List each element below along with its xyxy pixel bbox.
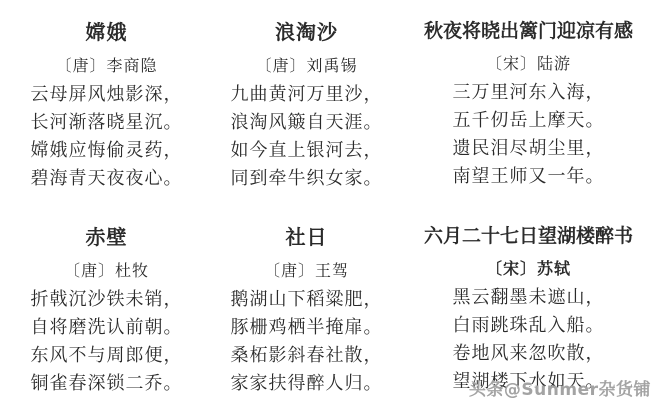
poem-title: 社日 xyxy=(213,221,400,250)
poem-line: 嫦娥应悔偷灵药， xyxy=(0,137,213,165)
poem-author: 〔唐〕李商隐 xyxy=(0,53,213,76)
poem-line: 如今直上银河去， xyxy=(213,137,400,165)
poem-title: 秋夜将晓出篱门迎凉有感 xyxy=(400,16,657,43)
poem-line: 豚栅鸡栖半掩扉。 xyxy=(213,314,400,342)
poem-line: 东风不与周郎便， xyxy=(0,342,213,370)
poem-line: 九曲黄河万里沙， xyxy=(213,81,400,109)
poem-author: 〔唐〕王驾 xyxy=(213,258,400,281)
poem-line: 黑云翻墨未遮山， xyxy=(400,284,657,312)
poem-line: 桑柘影斜春社散， xyxy=(213,342,400,370)
poem-row-2: 赤壁 〔唐〕杜牧 折戟沉沙铁未销， 自将磨洗认前朝。 东风不与周郎便， 铜雀春深… xyxy=(0,205,657,398)
poem-line: 鹅湖山下稻粱肥， xyxy=(213,286,400,314)
poem-author: 〔唐〕刘禹锡 xyxy=(213,53,400,76)
poem-line: 折戟沉沙铁未销， xyxy=(0,286,213,314)
poem-change: 嫦娥 〔唐〕李商隐 云母屏风烛影深， 长河渐落晓星沉。 嫦娥应悔偷灵药， 碧海青… xyxy=(0,0,213,193)
poem-chibi: 赤壁 〔唐〕杜牧 折戟沉沙铁未销， 自将磨洗认前朝。 东风不与周郎便， 铜雀春深… xyxy=(0,205,213,398)
poem-title: 浪淘沙 xyxy=(213,16,400,45)
poem-line: 云母屏风烛影深， xyxy=(0,81,213,109)
poem-author: 〔唐〕杜牧 xyxy=(0,258,213,281)
poem-line: 家家扶得醉人归。 xyxy=(213,370,400,398)
poem-line: 自将磨洗认前朝。 xyxy=(0,314,213,342)
poem-langtaosha: 浪淘沙 〔唐〕刘禹锡 九曲黄河万里沙， 浪淘风簸自天涯。 如今直上银河去， 同到… xyxy=(213,0,400,193)
poem-line: 长河渐落晓星沉。 xyxy=(0,109,213,137)
poem-line: 五千仞岳上摩天。 xyxy=(400,107,657,135)
poem-title: 嫦娥 xyxy=(0,16,213,45)
poem-qiuye: 秋夜将晓出篱门迎凉有感 〔宋〕陆游 三万里河东入海， 五千仞岳上摩天。 遗民泪尽… xyxy=(400,0,657,191)
poem-sheri: 社日 〔唐〕王驾 鹅湖山下稻粱肥， 豚栅鸡栖半掩扉。 桑柘影斜春社散， 家家扶得… xyxy=(213,205,400,398)
poem-line: 三万里河东入海， xyxy=(400,79,657,107)
poem-line: 碧海青天夜夜心。 xyxy=(0,165,213,193)
poem-title: 六月二十七日望湖楼醉书 xyxy=(400,221,657,248)
poem-line: 南望王师又一年。 xyxy=(400,163,657,191)
poem-wanghulou: 六月二十七日望湖楼醉书 〔宋〕苏轼 黑云翻墨未遮山， 白雨跳珠乱入船。 卷地风来… xyxy=(400,205,657,396)
poem-row-1: 嫦娥 〔唐〕李商隐 云母屏风烛影深， 长河渐落晓星沉。 嫦娥应悔偷灵药， 碧海青… xyxy=(0,0,657,193)
poem-line: 遗民泪尽胡尘里， xyxy=(400,135,657,163)
poem-title: 赤壁 xyxy=(0,221,213,250)
poem-author: 〔宋〕陆游 xyxy=(400,51,657,74)
poem-line: 卷地风来忽吹散， xyxy=(400,340,657,368)
watermark: 头条@Sunmer杂货铺 xyxy=(469,375,651,400)
poem-sheet: 嫦娥 〔唐〕李商隐 云母屏风烛影深， 长河渐落晓星沉。 嫦娥应悔偷灵药， 碧海青… xyxy=(0,0,657,402)
poem-line: 同到牵牛织女家。 xyxy=(213,165,400,193)
poem-line: 白雨跳珠乱入船。 xyxy=(400,312,657,340)
poem-author: 〔宋〕苏轼 xyxy=(400,256,657,279)
poem-line: 铜雀春深锁二乔。 xyxy=(0,370,213,398)
poem-line: 浪淘风簸自天涯。 xyxy=(213,109,400,137)
